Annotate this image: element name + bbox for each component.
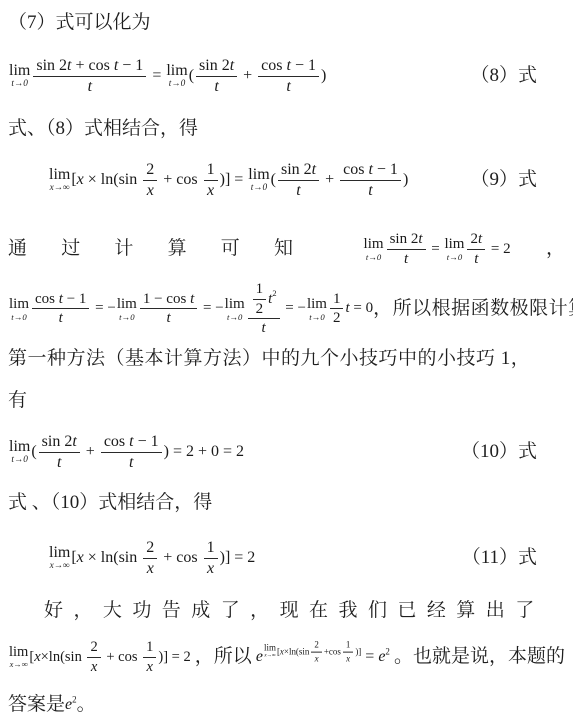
equation-label-9: （9）式 bbox=[470, 167, 537, 193]
paragraph-combine-8: 式、（8）式相结合，得 bbox=[8, 116, 565, 142]
equation-row-10: limt→0(sin 2tt + cos t − 1t) = 2 + 0 = 2… bbox=[8, 426, 565, 478]
formula-e-squared: e2 bbox=[65, 696, 77, 714]
that-is-text: 。也就是说，本题的 bbox=[394, 644, 565, 670]
trailing-comma: ， bbox=[546, 236, 565, 262]
paragraph-conclusion: limx→∞[x×ln(sin 2x + cos 1x)] = 2 ，所以 el… bbox=[8, 630, 565, 684]
formula-e-exponent: elimx→∞[x×ln(sin2x+cos1x)] = e2 bbox=[256, 645, 390, 668]
equation-row-11: limx→∞[x × ln(sin 2x + cos 1x)] = 2 （11）… bbox=[8, 532, 565, 584]
paragraph-eq7-intro: （7）式可以化为 bbox=[8, 10, 565, 36]
paragraph-combine-10: 式 、（10）式相结合，得 bbox=[8, 490, 565, 516]
by-calculation-text: 通过计算可知 bbox=[8, 236, 327, 262]
formula-8: limt→0sin 2t + cos t − 1t = limt→0(sin 2… bbox=[8, 57, 326, 96]
equation-row-8: limt→0sin 2t + cos t − 1t = limt→0(sin 2… bbox=[8, 50, 565, 102]
paragraph-done: 好，大功告成了，现在我们已经算出了 bbox=[8, 598, 565, 624]
answer-is-text: 答案是 bbox=[8, 692, 65, 718]
paragraph-cost-limit: limt→0cos t − 1t = −limt→01 − cos tt = −… bbox=[8, 278, 565, 340]
final-period: 。 bbox=[77, 692, 96, 718]
formula-11: limx→∞[x × ln(sin 2x + cos 1x)] = 2 bbox=[48, 539, 255, 578]
document-page: （7）式可以化为 limt→0sin 2t + cos t − 1t = lim… bbox=[0, 0, 573, 718]
paragraph-have: 有 bbox=[8, 388, 565, 414]
formula-10: limt→0(sin 2tt + cos t − 1t) = 2 + 0 = 2 bbox=[8, 433, 244, 472]
therefore-text: ，所以根据函数极限计算的 bbox=[373, 296, 573, 322]
paragraph-method-trick: 第一种方法（基本计算方法）中的九个小技巧中的小技巧 1， bbox=[8, 346, 565, 372]
formula-9: limx→∞[x × ln(sin 2x + cos 1x)] = limt→0… bbox=[48, 161, 408, 200]
equation-label-10: （10）式 bbox=[461, 439, 537, 465]
paragraph-by-calculation: 通过计算可知 limt→0sin 2tt = limt→02tt = 2 ， bbox=[8, 224, 565, 274]
so-text: ，所以 bbox=[195, 644, 252, 670]
equation-label-8: （8）式 bbox=[470, 63, 537, 89]
formula-limit-equals-2: limx→∞[x×ln(sin 2x + cos 1x)] = 2 bbox=[8, 639, 191, 674]
formula-cost-limit: limt→0cos t − 1t = −limt→01 − cos tt = −… bbox=[8, 281, 373, 337]
paragraph-answer: 答案是 e2 。 bbox=[8, 692, 565, 718]
equation-label-11: （11）式 bbox=[462, 545, 537, 571]
formula-sin2t-limit: limt→0sin 2tt = limt→02tt = 2 bbox=[363, 231, 511, 268]
equation-row-9: limx→∞[x × ln(sin 2x + cos 1x)] = limt→0… bbox=[8, 152, 565, 208]
